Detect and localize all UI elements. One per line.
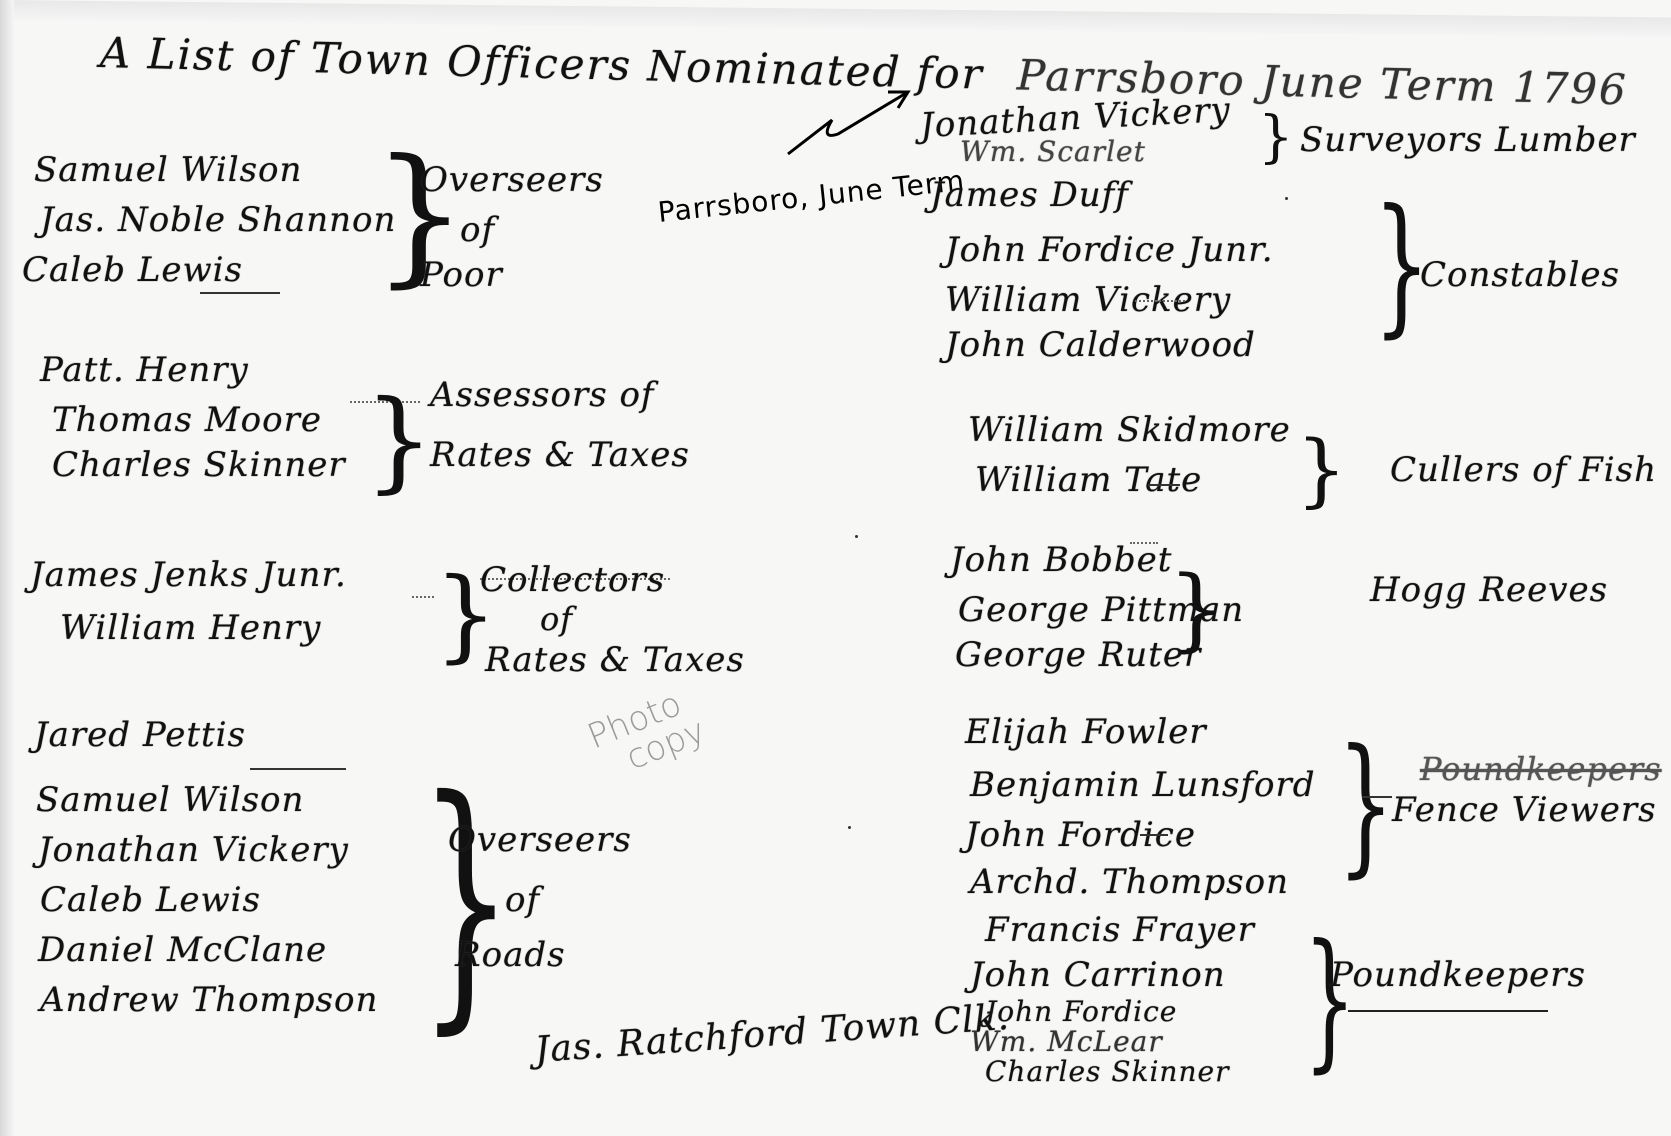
name-entry: Wm. Scarlet: [960, 135, 1146, 168]
dash-line: [1135, 300, 1185, 302]
office-label: Fence Viewers: [1392, 790, 1657, 830]
name-entry: Jonathan Vickery: [38, 830, 349, 870]
name-entry: Charles Skinner: [985, 1055, 1229, 1088]
name-entry: Patt. Henry: [40, 350, 249, 390]
name-entry: William Vickery: [945, 280, 1231, 320]
photo-copy-pencil-mark: Photo copy: [583, 682, 710, 786]
office-label: Constables: [1420, 255, 1620, 295]
office-label: of: [460, 210, 495, 250]
curly-brace: }: [1337, 730, 1394, 880]
name-entry: John Calderwood: [945, 325, 1256, 365]
office-label: Surveyors Lumber: [1300, 120, 1636, 160]
struck-office-label: Poundkeepers: [1420, 750, 1662, 788]
name-entry: Francis Frayer: [985, 910, 1255, 950]
dash-line: [1148, 484, 1180, 486]
office-label: of: [505, 880, 540, 920]
paper-left-edge: [0, 0, 14, 1136]
curly-brace: }: [364, 385, 434, 495]
dash-line: [1140, 834, 1168, 836]
name-entry: Benjamin Lunsford: [970, 765, 1316, 805]
name-entry: Elijah Fowler: [965, 712, 1207, 752]
name-entry: John Fordice: [985, 995, 1177, 1028]
name-entry: Caleb Lewis: [22, 250, 243, 290]
scanned-document-page: A List of Town Officers Nominated for Pa…: [0, 0, 1671, 1136]
office-label: Hogg Reeves: [1370, 570, 1608, 610]
name-entry: Andrew Thompson: [40, 980, 378, 1020]
name-entry: James Jenks Junr.: [30, 555, 347, 595]
name-entry: Caleb Lewis: [40, 880, 261, 920]
curly-brace: }: [1296, 430, 1347, 510]
curly-brace: }: [419, 765, 513, 1035]
office-label: Collectors: [480, 560, 665, 600]
dash-line: [200, 292, 280, 294]
curly-brace: }: [1258, 110, 1294, 166]
dash-line: [250, 768, 346, 770]
office-label: Overseers: [448, 820, 632, 860]
office-label: Poor: [420, 255, 503, 295]
name-entry: John Bobbet: [950, 540, 1172, 580]
name-entry: William Henry: [60, 608, 321, 648]
office-label: Rates & Taxes: [485, 640, 745, 680]
office-label: Cullers of Fish: [1390, 450, 1657, 490]
name-entry: Archd. Thompson: [970, 862, 1289, 902]
office-label: Roads: [455, 935, 566, 975]
name-entry: Samuel Wilson: [36, 780, 304, 820]
office-label: Poundkeepers: [1330, 955, 1586, 995]
office-label: Overseers: [420, 160, 604, 200]
name-entry: George Ruter: [955, 635, 1201, 675]
ink-speck: [1285, 197, 1288, 200]
name-entry: Jas. Noble Shannon: [40, 200, 396, 240]
heading-name-entry: Jared Pettis: [34, 715, 246, 755]
dash-line: [412, 596, 434, 598]
office-label: of: [540, 600, 573, 638]
name-entry: James Duff: [930, 175, 1129, 215]
arrow-icon: [780, 82, 920, 162]
name-entry: John Fordice Junr.: [945, 230, 1274, 270]
curly-brace: }: [1168, 565, 1225, 655]
name-entry: Charles Skinner: [52, 445, 346, 485]
name-entry: John Carrinon: [970, 955, 1226, 995]
name-entry: William Tate: [975, 460, 1202, 500]
curly-brace: }: [1303, 925, 1355, 1075]
name-entry: Thomas Moore: [52, 400, 322, 440]
name-entry: Daniel McClane: [38, 930, 327, 970]
office-label: Rates & Taxes: [430, 435, 690, 475]
parrsboro-annotation: Parrsboro, June Term: [656, 164, 966, 229]
underline-stroke: [1348, 1010, 1548, 1012]
name-entry: Samuel Wilson: [34, 150, 302, 190]
office-label: Assessors of: [430, 375, 655, 415]
dash-line: [1362, 796, 1392, 798]
ink-speck: [855, 535, 858, 538]
ink-speck: [848, 826, 851, 829]
name-entry: William Skidmore: [968, 410, 1291, 450]
dash-line: [1130, 542, 1158, 544]
town-clerk-signature: Jas. Ratchford Town Clk.: [534, 997, 1012, 1071]
